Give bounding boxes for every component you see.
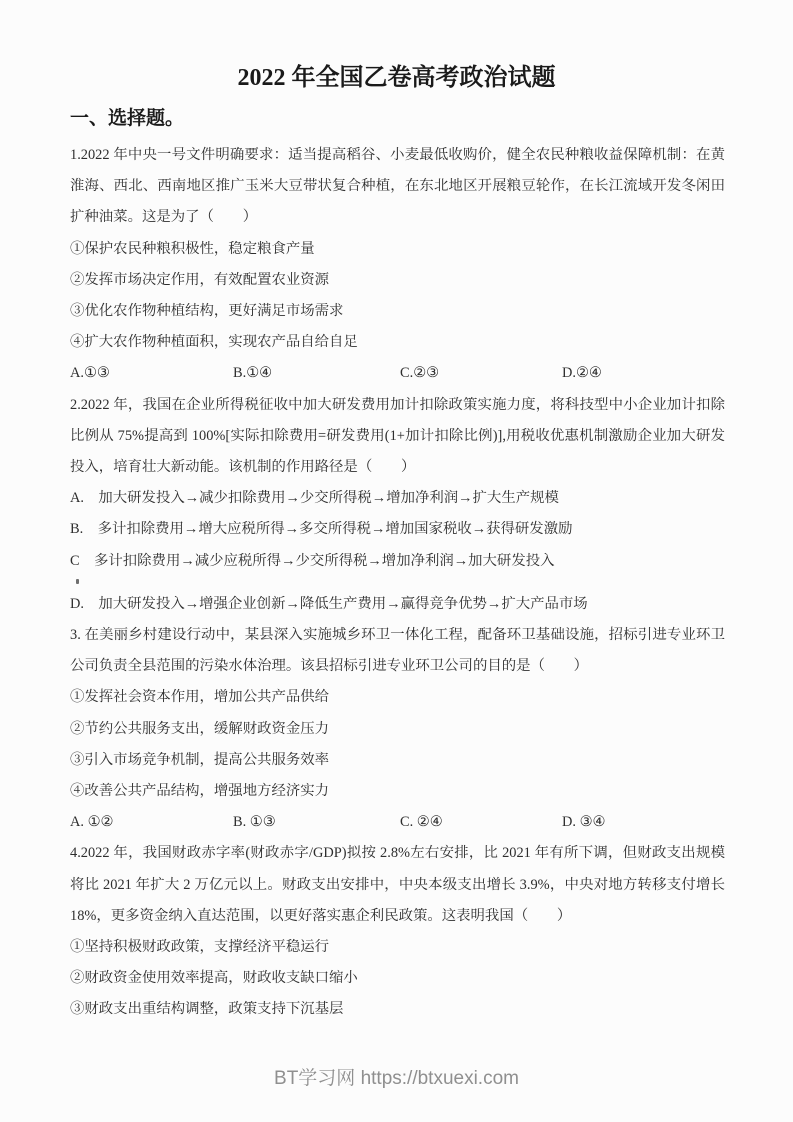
site-watermark: BT学习网 https://btxuexi.com [0,1066,793,1092]
question-3-option-c: C. ②④ [400,807,562,838]
question-1-statement-4: ④扩大农作物种植面积，实现农产品自给自足 [70,327,725,358]
question-2-stem: 2.2022 年，我国在企业所得税征收中加大研发费用加计扣除政策实施力度，将科技… [70,390,725,484]
question-3-option-a: A. ①② [70,807,233,838]
question-3-statement-2: ②节约公共服务支出，缓解财政资金压力 [70,714,725,745]
document-title: 2022 年全国乙卷高考政治试题 [0,62,793,94]
question-2-option-d: D. 加大研发投入→增强企业创新→降低生产费用→赢得竞争优势→扩大产品市场 [70,589,725,620]
question-2-option-b: B. 多计扣除费用→增大应税所得→多交所得税→增加国家税收→获得研发激励 [70,514,725,545]
question-1-option-b: B.①④ [233,358,400,389]
question-4-statement-2: ②财政资金使用效率提高，财政收支缺口缩小 [70,963,725,994]
question-4-stem: 4.2022 年，我国财政赤字率(财政赤字/GDP)拟按 2.8%左右安排，比 … [70,838,725,932]
question-1-option-d: D.②④ [562,358,725,389]
question-2-option-a: A. 加大研发投入→减少扣除费用→少交所得税→增加净利润→扩大生产规模 [70,483,725,514]
question-3-statement-1: ①发挥社会资本作用，增加公共产品供给 [70,682,725,713]
question-4-statement-3: ③财政支出重结构调整，政策支持下沉基层 [70,994,725,1025]
question-3-option-d: D. ③④ [562,807,725,838]
exam-document-page: 2022 年全国乙卷高考政治试题 一、选择题。 1.2022 年中央一号文件明确… [0,0,793,1122]
question-1-statement-3: ③优化农作物种植结构，更好满足市场需求 [70,296,725,327]
question-1-option-c: C.②③ [400,358,562,389]
question-1-statement-1: ①保护农民种粮积极性，稳定粮食产量 [70,234,725,265]
scan-artifact-line [70,577,725,589]
question-3-statement-3: ③引入市场竞争机制，提高公共服务效率 [70,745,725,776]
question-1-option-a: A.①③ [70,358,233,389]
question-3-option-b: B. ①③ [233,807,400,838]
ink-speck-mark [76,579,79,584]
question-3-statement-4: ④改善公共产品结构，增强地方经济实力 [70,776,725,807]
question-4-statement-1: ①坚持积极财政政策，支撑经济平稳运行 [70,932,725,963]
question-1-stem: 1.2022 年中央一号文件明确要求：适当提高稻谷、小麦最低收购价，健全农民种粮… [70,140,725,234]
question-2-option-c: C 多计扣除费用→减少应税所得→少交所得税→增加净利润→加大研发投入 [70,546,725,577]
question-3-stem: 3. 在美丽乡村建设行动中，某县深入实施城乡环卫一体化工程，配备环卫基础设施，招… [70,620,725,682]
question-1-options-row: A.①③ B.①④ C.②③ D.②④ [70,358,725,389]
section-heading-multiple-choice: 一、选择题。 [70,104,793,134]
question-3-options-row: A. ①② B. ①③ C. ②④ D. ③④ [70,807,725,838]
question-1-statement-2: ②发挥市场决定作用，有效配置农业资源 [70,265,725,296]
document-body: 1.2022 年中央一号文件明确要求：适当提高稻谷、小麦最低收购价，健全农民种粮… [70,140,725,1026]
